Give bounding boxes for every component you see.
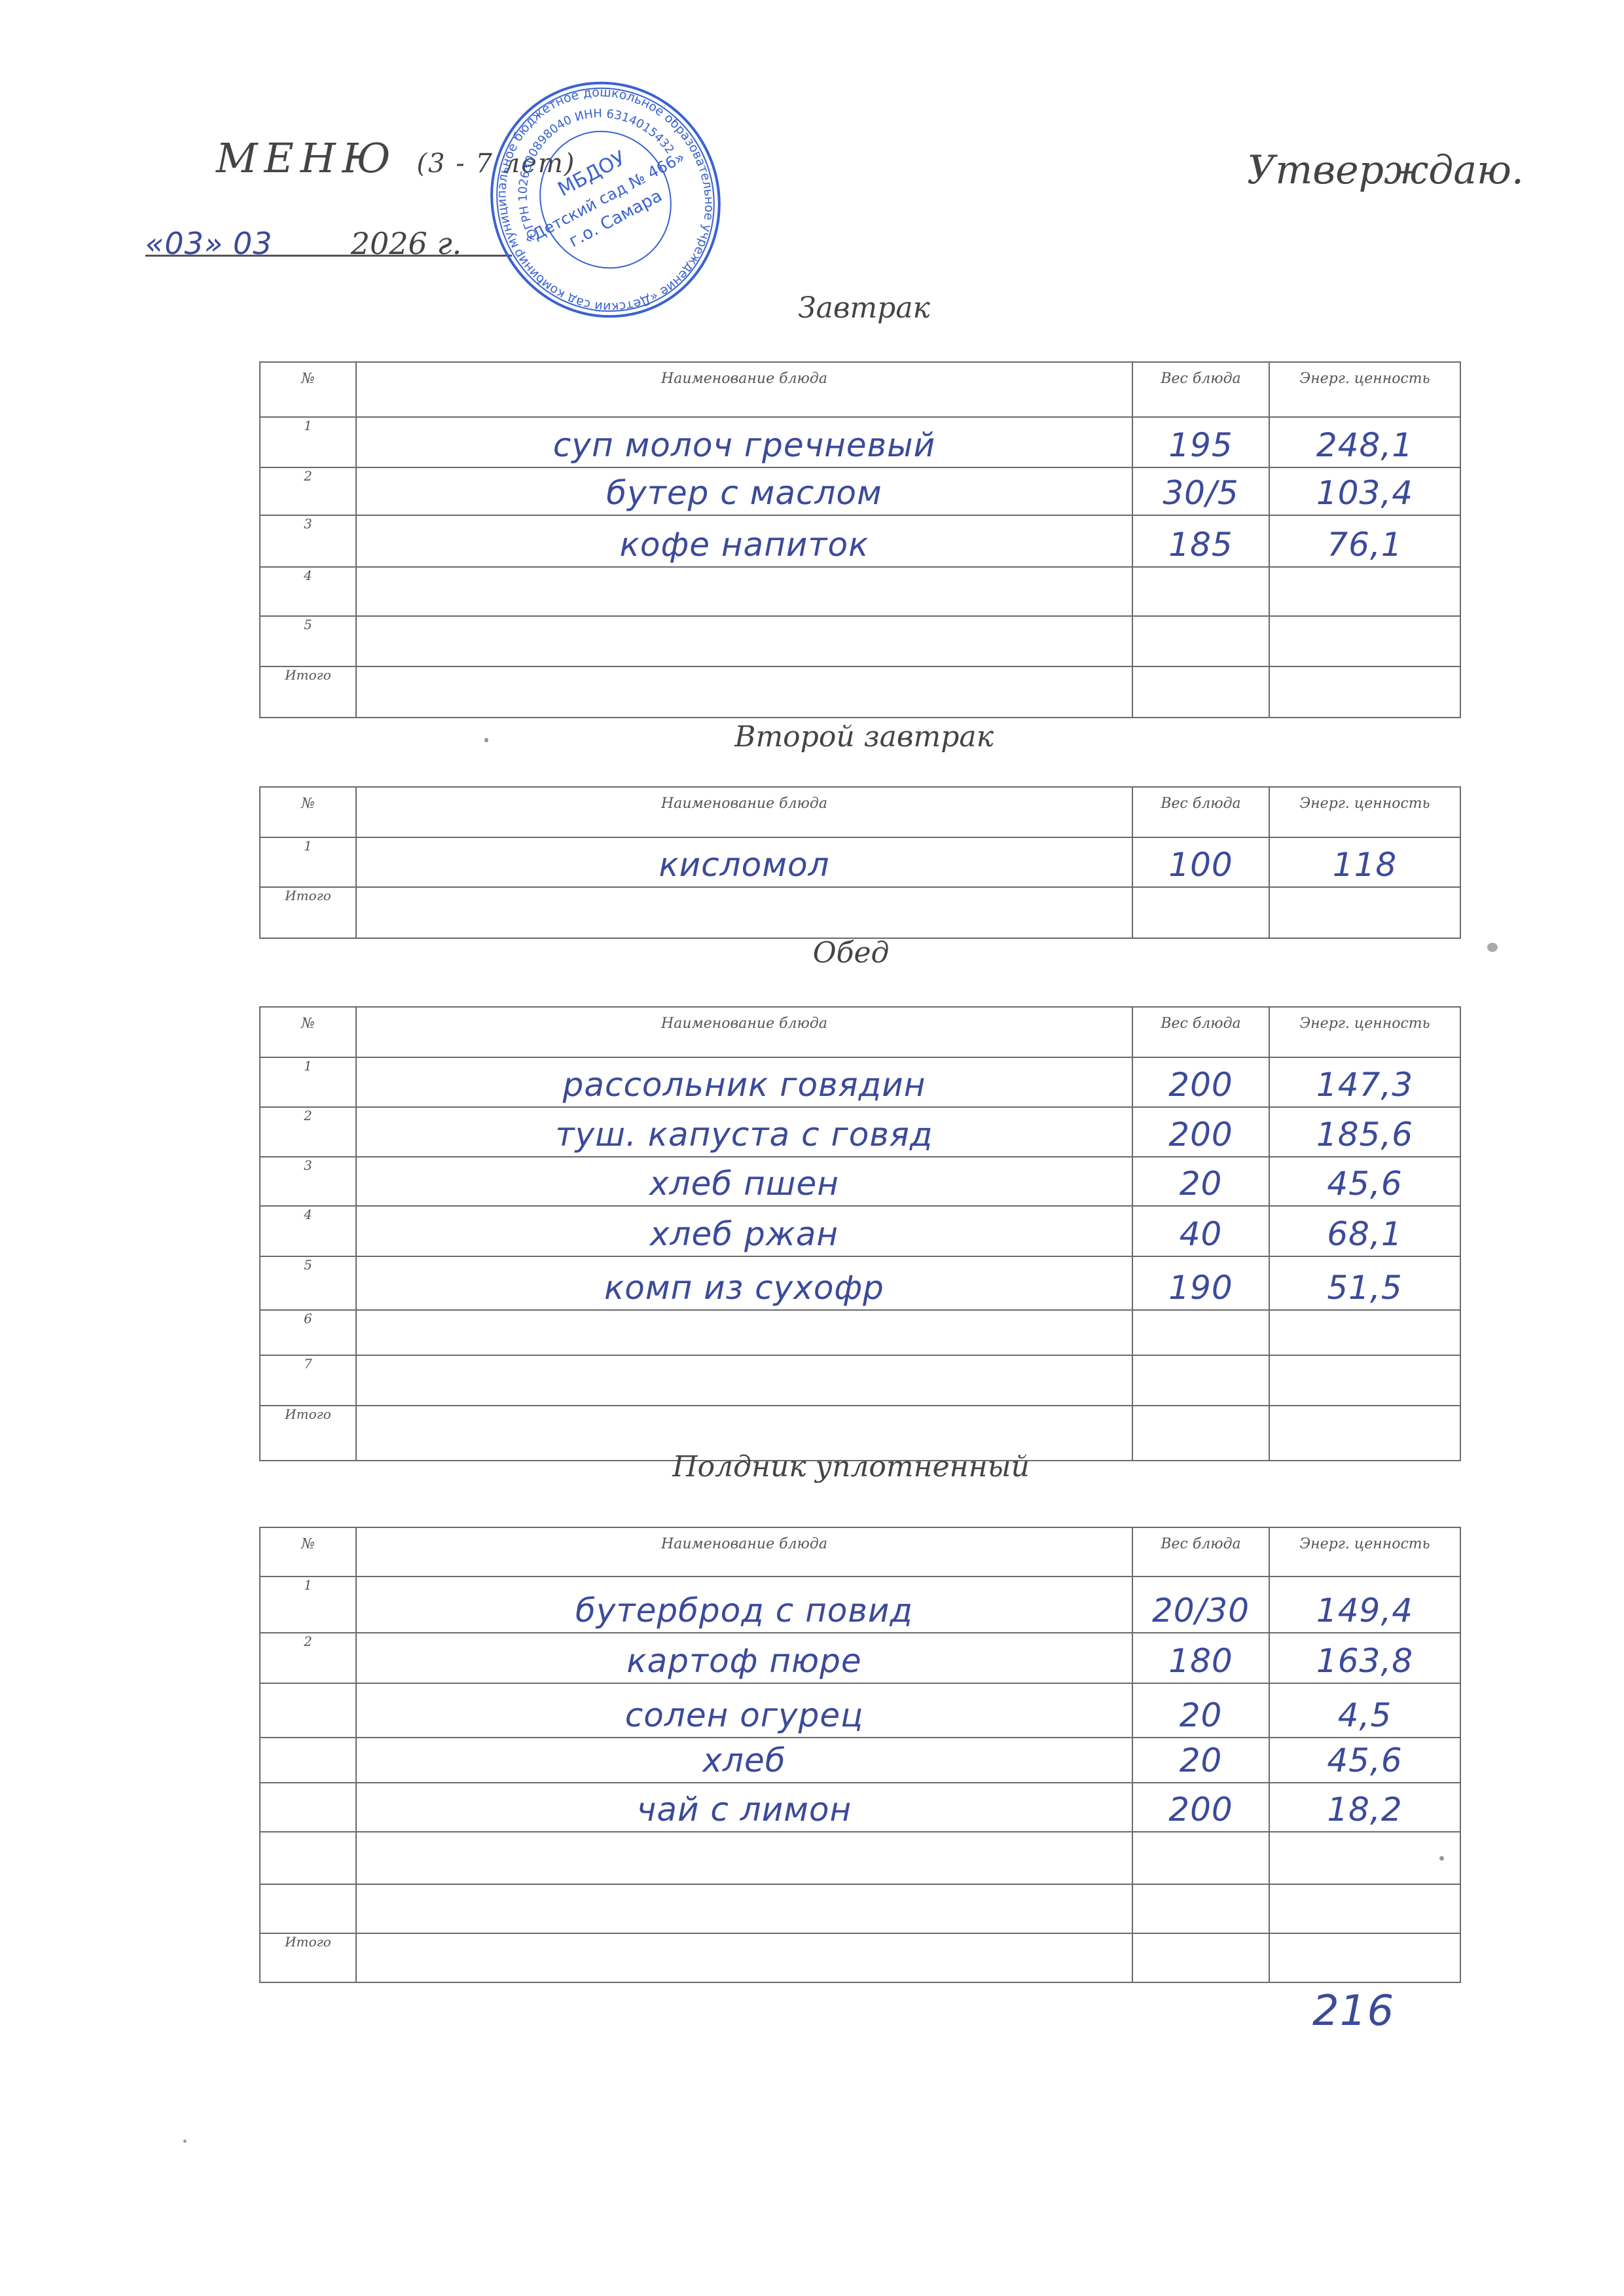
row-number: 6 bbox=[260, 1310, 356, 1355]
dish-energy-cell bbox=[1269, 1884, 1460, 1933]
table-row: хлеб2045,6 bbox=[260, 1738, 1460, 1783]
dish-name: хлеб пшен bbox=[357, 1165, 1132, 1203]
table-row: 2туш. капуста с говяд200185,6 bbox=[260, 1107, 1460, 1157]
dish-name: хлеб bbox=[357, 1741, 1132, 1779]
dish-weight: 190 bbox=[1133, 1269, 1269, 1307]
row-number bbox=[260, 1683, 356, 1738]
column-header-name: Наименование блюда bbox=[356, 1007, 1132, 1057]
section-title: Полдник уплотненный bbox=[672, 1450, 1030, 1484]
dish-name-cell: комп из сухофр bbox=[356, 1256, 1132, 1310]
dish-energy: 76,1 bbox=[1270, 526, 1460, 564]
dish-weight-cell: 40 bbox=[1132, 1206, 1269, 1256]
row-number bbox=[260, 1884, 356, 1933]
dish-name-cell: солен огурец bbox=[356, 1683, 1132, 1738]
total-energy bbox=[1269, 887, 1460, 938]
table-row bbox=[260, 1884, 1460, 1933]
official-stamp: муниципальное бюджетное дошкольное образ… bbox=[488, 79, 723, 321]
row-number bbox=[260, 1738, 356, 1783]
dish-name-cell: хлеб пшен bbox=[356, 1157, 1132, 1206]
menu-table: №Наименование блюдаВес блюдаЭнерг. ценно… bbox=[259, 361, 1461, 718]
total-row: Итого bbox=[260, 1933, 1460, 1982]
total-weight bbox=[1132, 666, 1269, 718]
total-name bbox=[356, 887, 1132, 938]
section-title: Обед bbox=[813, 936, 890, 970]
dish-weight-cell: 195 bbox=[1132, 417, 1269, 467]
dish-name: рассольник говядин bbox=[357, 1066, 1132, 1104]
table-row: 2картоф пюре180163,8 bbox=[260, 1633, 1460, 1683]
table-row: 6 bbox=[260, 1310, 1460, 1355]
dish-name-cell bbox=[356, 1355, 1132, 1406]
row-number: 1 bbox=[260, 837, 356, 887]
total-name bbox=[356, 1933, 1132, 1982]
dish-energy-cell bbox=[1269, 1832, 1460, 1884]
dish-energy: 68,1 bbox=[1270, 1215, 1460, 1253]
dish-energy-cell: 248,1 bbox=[1269, 417, 1460, 467]
column-header-energy: Энерг. ценность bbox=[1269, 1007, 1460, 1057]
scan-speck bbox=[484, 738, 488, 742]
dish-weight-cell: 185 bbox=[1132, 515, 1269, 567]
dish-weight-cell: 200 bbox=[1132, 1057, 1269, 1107]
dish-name: комп из сухофр bbox=[357, 1269, 1132, 1307]
row-number: 2 bbox=[260, 1633, 356, 1683]
scan-speck bbox=[1439, 1856, 1444, 1861]
scan-speck bbox=[183, 2140, 187, 2143]
total-row: Итого bbox=[260, 666, 1460, 718]
dish-name: кофе напиток bbox=[357, 526, 1132, 564]
total-energy bbox=[1269, 666, 1460, 718]
dish-name-cell bbox=[356, 1310, 1132, 1355]
date-year: 2026 г. bbox=[351, 226, 462, 261]
table-row: 3кофе напиток18576,1 bbox=[260, 515, 1460, 567]
row-number: 4 bbox=[260, 567, 356, 616]
menu-table: №Наименование блюдаВес блюдаЭнерг. ценно… bbox=[259, 786, 1461, 939]
row-number: 7 bbox=[260, 1355, 356, 1406]
column-header-name: Наименование блюда bbox=[356, 787, 1132, 837]
column-header-weight: Вес блюда bbox=[1132, 787, 1269, 837]
dish-name: туш. капуста с говяд bbox=[357, 1116, 1132, 1154]
row-number bbox=[260, 1832, 356, 1884]
dish-weight: 100 bbox=[1133, 846, 1269, 884]
dish-energy-cell: 163,8 bbox=[1269, 1633, 1460, 1683]
dish-weight-cell: 20/30 bbox=[1132, 1576, 1269, 1633]
table-row: 5комп из сухофр19051,5 bbox=[260, 1256, 1460, 1310]
total-name bbox=[356, 666, 1132, 718]
column-header-number: № bbox=[260, 787, 356, 837]
dish-name: кисломол bbox=[357, 846, 1132, 884]
dish-weight-cell: 180 bbox=[1132, 1633, 1269, 1683]
dish-weight: 40 bbox=[1133, 1215, 1269, 1253]
dish-weight: 30/5 bbox=[1133, 474, 1269, 512]
section-title: Второй завтрак bbox=[734, 720, 994, 754]
row-number: 4 bbox=[260, 1206, 356, 1256]
table-header-row: №Наименование блюдаВес блюдаЭнерг. ценно… bbox=[260, 787, 1460, 837]
dish-energy: 118 bbox=[1270, 846, 1460, 884]
dish-name-cell bbox=[356, 1832, 1132, 1884]
dish-name-cell: хлеб ржан bbox=[356, 1206, 1132, 1256]
dish-name-cell bbox=[356, 1884, 1132, 1933]
table-row: 2бутер с маслом30/5103,4 bbox=[260, 467, 1460, 515]
dish-energy: 4,5 bbox=[1270, 1696, 1460, 1734]
section-title: Завтрак bbox=[798, 291, 930, 325]
column-header-name: Наименование блюда bbox=[356, 362, 1132, 417]
dish-weight-cell bbox=[1132, 1355, 1269, 1406]
row-number: 2 bbox=[260, 1107, 356, 1157]
total-weight bbox=[1132, 1406, 1269, 1461]
menu-date: «03» 03 2026 г. bbox=[145, 226, 512, 257]
table-row: чай с лимон20018,2 bbox=[260, 1783, 1460, 1832]
table-row: 1рассольник говядин200147,3 bbox=[260, 1057, 1460, 1107]
total-energy bbox=[1269, 1933, 1460, 1982]
dish-name-cell: кофе напиток bbox=[356, 515, 1132, 567]
dish-energy: 163,8 bbox=[1270, 1642, 1460, 1680]
dish-name: хлеб ржан bbox=[357, 1215, 1132, 1253]
total-energy bbox=[1269, 1406, 1460, 1461]
total-row: Итого bbox=[260, 887, 1460, 938]
total-label: Итого bbox=[260, 666, 356, 718]
dish-weight-cell bbox=[1132, 616, 1269, 666]
dish-name-cell bbox=[356, 567, 1132, 616]
total-label: Итого bbox=[260, 1933, 356, 1982]
total-weight bbox=[1132, 1933, 1269, 1982]
date-month: 03 bbox=[233, 226, 273, 261]
dish-energy: 45,6 bbox=[1270, 1741, 1460, 1779]
dish-energy: 248,1 bbox=[1270, 426, 1460, 464]
column-header-number: № bbox=[260, 362, 356, 417]
total-weight bbox=[1132, 887, 1269, 938]
dish-energy-cell bbox=[1269, 567, 1460, 616]
dish-name: картоф пюре bbox=[357, 1642, 1132, 1680]
column-header-energy: Энерг. ценность bbox=[1269, 787, 1460, 837]
menu-table: №Наименование блюдаВес блюдаЭнерг. ценно… bbox=[259, 1006, 1461, 1461]
dish-weight-cell: 100 bbox=[1132, 837, 1269, 887]
row-number: 1 bbox=[260, 1057, 356, 1107]
dish-energy: 185,6 bbox=[1270, 1116, 1460, 1154]
dish-name: бутерброд с повид bbox=[357, 1592, 1132, 1630]
dish-energy: 147,3 bbox=[1270, 1066, 1460, 1104]
dish-weight-cell: 20 bbox=[1132, 1738, 1269, 1783]
dish-energy: 45,6 bbox=[1270, 1165, 1460, 1203]
dish-name: суп молоч гречневый bbox=[357, 426, 1132, 464]
dish-weight-cell: 30/5 bbox=[1132, 467, 1269, 515]
dish-energy-cell: 68,1 bbox=[1269, 1206, 1460, 1256]
dish-weight-cell bbox=[1132, 567, 1269, 616]
table-row: 5 bbox=[260, 616, 1460, 666]
dish-weight-cell bbox=[1132, 1310, 1269, 1355]
menu-title-text: МЕНЮ bbox=[216, 134, 397, 182]
dish-weight: 200 bbox=[1133, 1066, 1269, 1104]
dish-name-cell: картоф пюре bbox=[356, 1633, 1132, 1683]
dish-energy-cell: 103,4 bbox=[1269, 467, 1460, 515]
table-row: солен огурец204,5 bbox=[260, 1683, 1460, 1738]
dish-energy-cell: 51,5 bbox=[1269, 1256, 1460, 1310]
table-row: 3хлеб пшен2045,6 bbox=[260, 1157, 1460, 1206]
column-header-energy: Энерг. ценность bbox=[1269, 1527, 1460, 1576]
column-header-energy: Энерг. ценность bbox=[1269, 362, 1460, 417]
dish-weight: 20 bbox=[1133, 1165, 1269, 1203]
scan-speck bbox=[1487, 943, 1498, 952]
dish-name-cell: суп молоч гречневый bbox=[356, 417, 1132, 467]
dish-name: чай с лимон bbox=[357, 1791, 1132, 1829]
column-header-number: № bbox=[260, 1527, 356, 1576]
table-row: 4 bbox=[260, 567, 1460, 616]
dish-energy-cell: 149,4 bbox=[1269, 1576, 1460, 1633]
table-row: 1бутерброд с повид20/30149,4 bbox=[260, 1576, 1460, 1633]
table-row: 4хлеб ржан4068,1 bbox=[260, 1206, 1460, 1256]
dish-energy-cell: 45,6 bbox=[1269, 1157, 1460, 1206]
dish-name-cell: хлеб bbox=[356, 1738, 1132, 1783]
table-header-row: №Наименование блюдаВес блюдаЭнерг. ценно… bbox=[260, 362, 1460, 417]
table-row bbox=[260, 1832, 1460, 1884]
menu-table: №Наименование блюдаВес блюдаЭнерг. ценно… bbox=[259, 1527, 1461, 1983]
dish-weight-cell bbox=[1132, 1832, 1269, 1884]
total-label: Итого bbox=[260, 887, 356, 938]
dish-weight: 20/30 bbox=[1133, 1592, 1269, 1630]
dish-weight: 200 bbox=[1133, 1116, 1269, 1154]
dish-name: солен огурец bbox=[357, 1696, 1132, 1734]
dish-energy-cell: 18,2 bbox=[1269, 1783, 1460, 1832]
dish-energy-cell: 118 bbox=[1269, 837, 1460, 887]
dish-energy-cell: 147,3 bbox=[1269, 1057, 1460, 1107]
column-header-number: № bbox=[260, 1007, 356, 1057]
dish-weight: 195 bbox=[1133, 426, 1269, 464]
column-header-weight: Вес блюда bbox=[1132, 362, 1269, 417]
dish-energy: 103,4 bbox=[1270, 474, 1460, 512]
dish-weight: 180 bbox=[1133, 1642, 1269, 1680]
row-number: 5 bbox=[260, 616, 356, 666]
table-row: 7 bbox=[260, 1355, 1460, 1406]
approve-label: Утверждаю. bbox=[1247, 147, 1524, 193]
dish-energy: 149,4 bbox=[1270, 1592, 1460, 1630]
dish-weight-cell bbox=[1132, 1884, 1269, 1933]
column-header-name: Наименование блюда bbox=[356, 1527, 1132, 1576]
dish-energy-cell: 185,6 bbox=[1269, 1107, 1460, 1157]
dish-name-cell: бутер с маслом bbox=[356, 467, 1132, 515]
dish-name: бутер с маслом bbox=[357, 474, 1132, 512]
table-header-row: №Наименование блюдаВес блюдаЭнерг. ценно… bbox=[260, 1527, 1460, 1576]
dish-weight-cell: 200 bbox=[1132, 1107, 1269, 1157]
dish-weight: 20 bbox=[1133, 1741, 1269, 1779]
dish-name-cell bbox=[356, 616, 1132, 666]
table-header-row: №Наименование блюдаВес блюдаЭнерг. ценно… bbox=[260, 1007, 1460, 1057]
dish-energy-cell: 45,6 bbox=[1269, 1738, 1460, 1783]
dish-energy: 18,2 bbox=[1270, 1791, 1460, 1829]
dish-name-cell: кисломол bbox=[356, 837, 1132, 887]
row-number: 3 bbox=[260, 515, 356, 567]
dish-weight-cell: 190 bbox=[1132, 1256, 1269, 1310]
dish-name-cell: туш. капуста с говяд bbox=[356, 1107, 1132, 1157]
dish-energy-cell bbox=[1269, 1355, 1460, 1406]
stamp-icon: муниципальное бюджетное дошкольное образ… bbox=[488, 79, 723, 321]
date-day: «03» bbox=[145, 226, 223, 261]
dish-energy-cell: 76,1 bbox=[1269, 515, 1460, 567]
row-number: 2 bbox=[260, 467, 356, 515]
dish-weight: 200 bbox=[1133, 1791, 1269, 1829]
dish-energy: 51,5 bbox=[1270, 1269, 1460, 1307]
dish-name-cell: рассольник говядин bbox=[356, 1057, 1132, 1107]
dish-weight-cell: 20 bbox=[1132, 1683, 1269, 1738]
row-number: 1 bbox=[260, 417, 356, 467]
row-number: 1 bbox=[260, 1576, 356, 1633]
dish-weight-cell: 200 bbox=[1132, 1783, 1269, 1832]
dish-name-cell: чай с лимон bbox=[356, 1783, 1132, 1832]
column-header-weight: Вес блюда bbox=[1132, 1007, 1269, 1057]
row-number: 3 bbox=[260, 1157, 356, 1206]
dish-name-cell: бутерброд с повид bbox=[356, 1576, 1132, 1633]
dish-weight: 20 bbox=[1133, 1696, 1269, 1734]
dish-weight: 185 bbox=[1133, 526, 1269, 564]
dish-energy-cell bbox=[1269, 616, 1460, 666]
column-header-weight: Вес блюда bbox=[1132, 1527, 1269, 1576]
dish-weight-cell: 20 bbox=[1132, 1157, 1269, 1206]
total-label: Итого bbox=[260, 1406, 356, 1461]
row-number: 5 bbox=[260, 1256, 356, 1310]
dish-energy-cell bbox=[1269, 1310, 1460, 1355]
page-number: 216 bbox=[1312, 1987, 1394, 2035]
table-row: 1кисломол100118 bbox=[260, 837, 1460, 887]
row-number bbox=[260, 1783, 356, 1832]
dish-energy-cell: 4,5 bbox=[1269, 1683, 1460, 1738]
table-row: 1суп молоч гречневый195248,1 bbox=[260, 417, 1460, 467]
